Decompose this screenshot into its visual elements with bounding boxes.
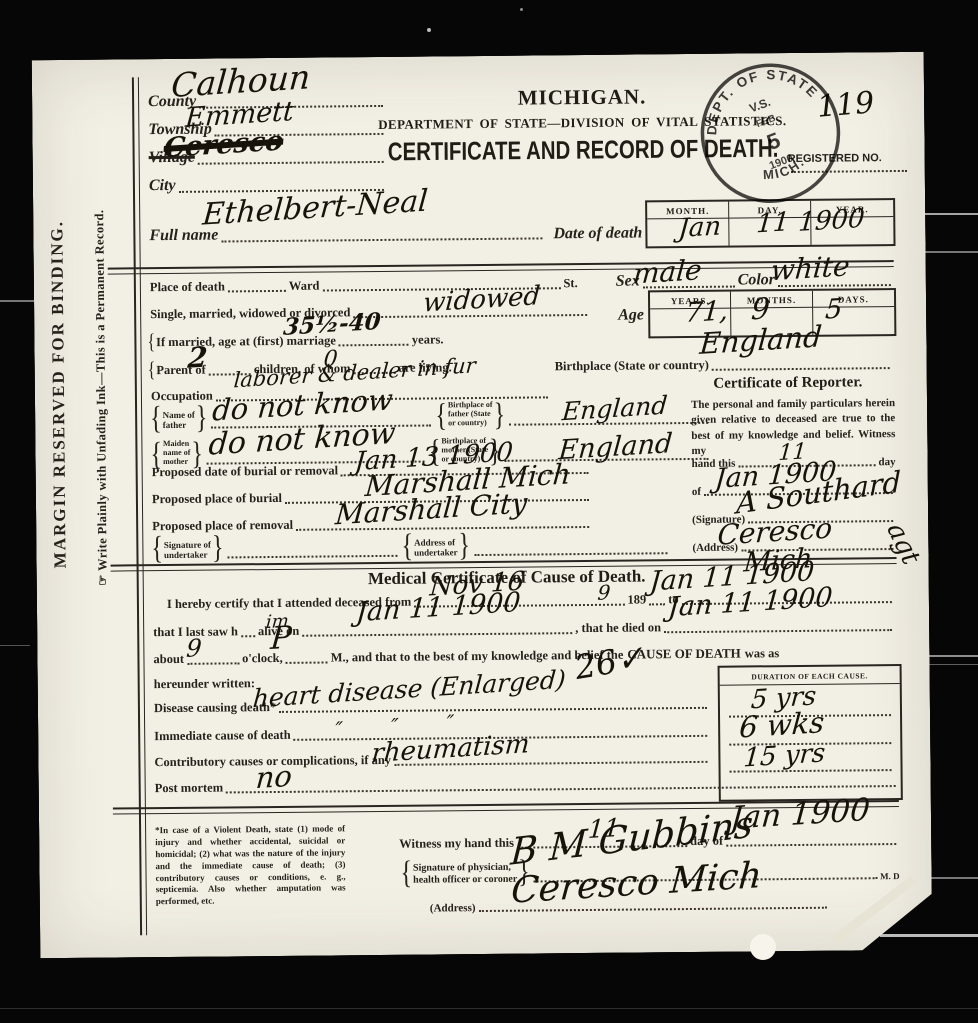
dotted-line: [649, 603, 665, 605]
brace: {: [148, 361, 156, 381]
stamp-day: 5: [763, 127, 783, 155]
date-of-death-label: Date of death: [553, 224, 642, 243]
year-printed: 189: [627, 592, 646, 607]
dotted-line: [228, 290, 286, 293]
of-label: of: [692, 486, 701, 498]
date-of-death-label-row: Date of death: [553, 224, 642, 243]
physician-address-label: (Address): [430, 902, 476, 914]
year-hw-value: 9: [597, 582, 611, 603]
dotted-line: [339, 344, 409, 347]
children-value: 2: [187, 343, 209, 372]
dotted-line: [664, 629, 892, 633]
film-scratch: [0, 300, 38, 302]
age-years-value: 71,: [684, 297, 729, 327]
film-scratch: [880, 934, 978, 937]
st-label: St.: [563, 276, 577, 291]
film-scratch: [924, 664, 978, 665]
dotted-line: [302, 632, 572, 637]
film-speck: [520, 8, 523, 11]
witness-label: Witness my hand this: [399, 836, 514, 852]
dotted-line: [187, 662, 239, 664]
film-speck: [427, 28, 431, 32]
ward-label: Ward: [289, 279, 320, 294]
brace: }: [458, 532, 470, 561]
punch-hole: [750, 934, 776, 960]
hereunder-row: hereunder written:: [154, 676, 255, 692]
brace: {: [147, 333, 155, 353]
father-birthplace-label: Birthplace offather (Stateor country): [448, 400, 493, 428]
margin-binding-text: MARGIN RESERVED FOR BINDING.: [47, 220, 70, 568]
hereunder-label: hereunder written:: [154, 676, 255, 692]
dotted-line: [228, 554, 398, 558]
medical-line-3: about o'clock, M., and that to the best …: [153, 644, 895, 667]
mother-birthplace-value: England: [558, 430, 674, 464]
duration-2: 6 wks: [738, 708, 825, 742]
dotted-line: [286, 661, 328, 663]
brace: }: [212, 535, 224, 564]
city-label: City: [149, 177, 176, 195]
sex-value: male: [632, 256, 703, 288]
film-scratch: [0, 645, 30, 646]
father-label: Name offather: [163, 410, 195, 431]
ampm-value: P: [269, 623, 292, 656]
month-value: Jan: [677, 213, 722, 242]
age-label: Age: [618, 306, 644, 324]
undertaker-address-label: Address ofundertaker: [414, 537, 458, 558]
years-suffix-label: years.: [412, 332, 444, 347]
film-scratch: [0, 1008, 978, 1009]
months-header: MONTHS.: [731, 291, 812, 309]
village-value: Ceresco: [163, 127, 285, 162]
duration-3: 15 yrs: [743, 740, 827, 771]
color-value: white: [770, 252, 851, 285]
film-frame: MARGIN RESERVED FOR BINDING. ☞ Write Pla…: [0, 0, 978, 1023]
brace: }: [196, 405, 208, 434]
age-months-value: 9: [750, 294, 771, 324]
place-of-death-label: Place of death: [150, 279, 225, 295]
stamp-arc-top: DEPT. OF STATE: [689, 49, 824, 140]
was-as-label: was as: [745, 646, 780, 661]
dotted-line: [221, 237, 542, 242]
brace: {: [150, 405, 162, 434]
brace: }: [494, 402, 506, 431]
dotted-line: [279, 707, 707, 713]
burial-place-label: Proposed place of burial: [152, 491, 282, 507]
dotted-line: [712, 367, 890, 371]
hour-value: 9: [185, 636, 202, 661]
age-days-value: 5: [824, 295, 843, 323]
mother-label: Maidenname ofmother: [163, 439, 191, 467]
year-value: 1900: [797, 206, 865, 236]
immediate-cause-label: Immediate cause of death: [154, 728, 291, 744]
dotted-line: [474, 552, 667, 556]
undertaker-signature-label: Signature ofundertaker: [164, 540, 211, 561]
post-mortem-label: Post mortem: [155, 780, 224, 796]
about-label: about: [153, 652, 184, 667]
md-label: M. D: [880, 871, 900, 881]
death-certificate: MARGIN RESERVED FOR BINDING. ☞ Write Pla…: [32, 52, 933, 959]
svg-text:DEPT. OF STATE: DEPT. OF STATE: [689, 49, 824, 140]
margin-instruction-text: ☞ Write Plainly with Unfading Ink—This i…: [91, 210, 111, 586]
clerk-annotation: 26✓: [572, 640, 646, 684]
violent-death-footnote: *In case of a Violent Death, state (1) m…: [155, 823, 346, 908]
age-label-row: Age: [618, 306, 644, 324]
undertaker-row: { Signature ofundertaker } { Address ofu…: [150, 534, 670, 561]
marital-value: widowed: [422, 283, 541, 316]
reporter-title: Certificate of Reporter.: [663, 374, 913, 393]
birthplace-label: Birthplace (State or country): [555, 358, 709, 374]
stamp-vs: V.S.: [747, 95, 772, 116]
post-mortem-value: no: [255, 762, 293, 793]
father-birthplace-value: England: [561, 393, 668, 425]
physician-signature-label: Signature of physician,health officer or…: [413, 862, 517, 886]
dotted-line: [241, 635, 255, 637]
burial-date-label: Proposed date of burial or removal: [152, 463, 339, 480]
brace: {: [435, 403, 447, 432]
marriage-age-value: 35½-40: [282, 310, 381, 339]
line2-text-c: , that he died on: [575, 620, 661, 636]
birthplace-value: England: [699, 322, 823, 359]
brace: {: [401, 533, 413, 562]
brace: {: [400, 860, 412, 889]
brace: {: [151, 535, 163, 564]
